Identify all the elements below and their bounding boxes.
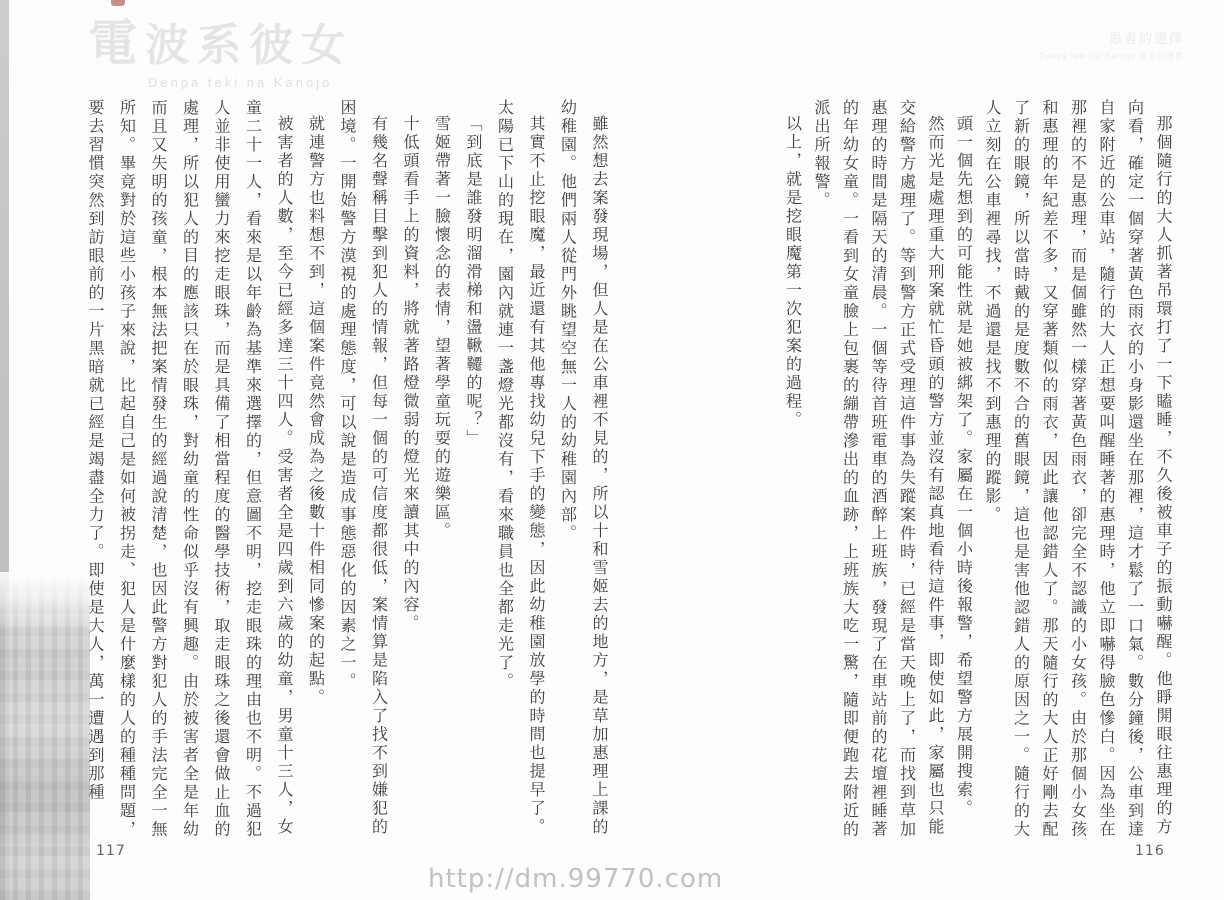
paragraph: 頭一個先想到的可能性就是她被綁架了。家屬在一個小時後報警，希望警方展開搜索。	[948, 99, 977, 842]
paragraph: 那個隨行的大人抓著吊環打了一下瞌睡，不久後被車子的振動嚇醒。他睜開眼往惠理的方向…	[977, 99, 1177, 842]
page-number-117: 117	[96, 843, 126, 859]
running-header-romaji: Denpa teki na Kanojo 愚者的選擇	[1039, 51, 1184, 62]
paragraph: 就連警方也料想不到，這個案件竟然會成為之後數十件相同慘案的起點。	[299, 99, 331, 842]
paragraph: 其實不止挖眼魔，最近還有其他專找幼兒下手的變態，因此幼稚園放學的時間也提早了。太…	[488, 99, 551, 842]
page-117-body-text: 雖然想去案發現場，但人是在公車裡不見的，所以十和雪姬去的地方，是草加惠理上課的幼…	[78, 99, 614, 842]
paragraph: 有幾名聲稱目擊到犯人的情報，但每一個的可信度都很低，案情算是陷入了找不到嫌犯的困…	[331, 99, 394, 842]
page-number-116: 116	[1135, 843, 1165, 859]
running-header-title: 愚者的選擇	[1039, 28, 1184, 47]
paragraph: 十低頭看手上的資料，將就著路燈微弱的燈光來讀其中的內容。	[394, 99, 426, 842]
paragraph: 然而光是處理重大刑案就忙昏頭的警方並沒有認真地看待這件事，即使如此，家屬也只能交…	[806, 99, 949, 842]
paragraph: 被害者的人數，至今已經多達三十四人。受害者全是四歲到六歲的幼童，男童十三人，女童…	[79, 99, 300, 842]
page-116-body-text: 那個隨行的大人抓著吊環打了一下瞌睡，不久後被車子的振動嚇醒。他睜開眼往惠理的方向…	[756, 99, 1176, 842]
watermark-url: http://dm.99770.com	[428, 864, 728, 894]
book-logo-romaji: Denpa teki na Kanojo	[148, 75, 353, 90]
paragraph: 雪姬帶著一臉懷念的表情，望著學童玩耍的遊樂區。	[425, 99, 457, 842]
corner-photo-texture	[0, 572, 90, 900]
running-header: 愚者的選擇 Denpa teki na Kanojo 愚者的選擇	[1039, 28, 1184, 62]
scan-artifact-speck	[111, 0, 125, 6]
paragraph: 以上，就是挖眼魔第一次犯案的過程。	[777, 99, 806, 842]
book-spread: 電波系彼女 Denpa teki na Kanojo 愚者的選擇 Denpa t…	[0, 0, 1224, 900]
paragraph: 雖然想去案發現場，但人是在公車裡不見的，所以十和雪姬去的地方，是草加惠理上課的幼…	[551, 99, 614, 842]
paragraph: 「到底是誰發明溜滑梯和盪鞦韆的呢？」	[457, 99, 489, 842]
book-logo: 電波系彼女 Denpa teki na Kanojo	[88, 14, 353, 90]
book-logo-title: 電波系彼女	[88, 14, 353, 73]
